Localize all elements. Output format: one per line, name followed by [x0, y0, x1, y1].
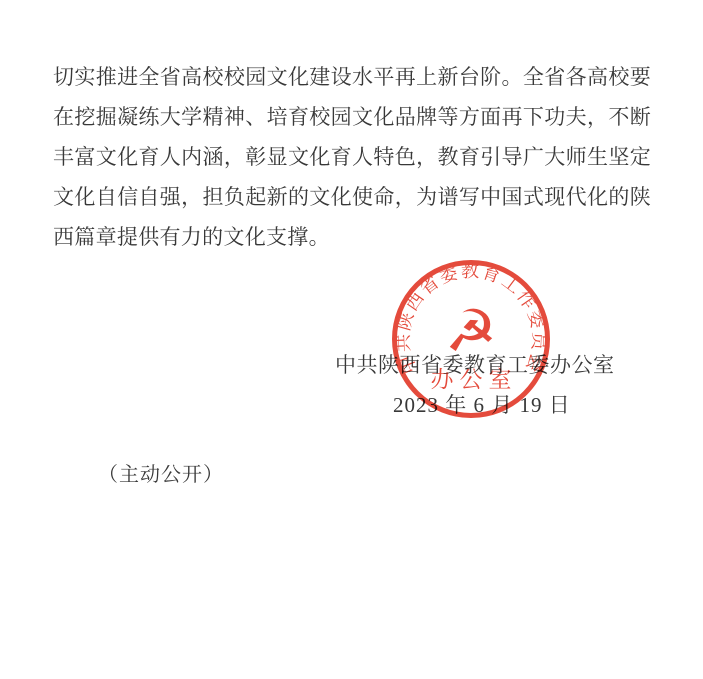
- signature-line: 中共陕西省委教育工委办公室: [335, 349, 615, 379]
- paragraph-line: 西篇章提供有力的文化支撑。: [53, 217, 651, 257]
- document-page: 切实推进全省高校校园文化建设水平再上新台阶。全省各高校要 在挖掘凝练大学精神、培…: [0, 0, 703, 679]
- paragraph-line: 在挖掘凝练大学精神、培育校园文化品牌等方面再下功夫，不断: [53, 97, 651, 137]
- disclosure-note: （主动公开）: [98, 458, 224, 487]
- body-paragraph: 切实推进全省高校校园文化建设水平再上新台阶。全省各高校要 在挖掘凝练大学精神、培…: [53, 57, 651, 257]
- paragraph-line: 丰富文化育人内涵，彰显文化育人特色，教育引导广大师生坚定: [53, 137, 651, 177]
- paragraph-line: 切实推进全省高校校园文化建设水平再上新台阶。全省各高校要: [53, 57, 651, 97]
- paragraph-line: 文化自信自强，担负起新的文化使命，为谱写中国式现代化的陕: [53, 177, 651, 217]
- date-line: 2023 年 6 月 19 日: [393, 389, 571, 419]
